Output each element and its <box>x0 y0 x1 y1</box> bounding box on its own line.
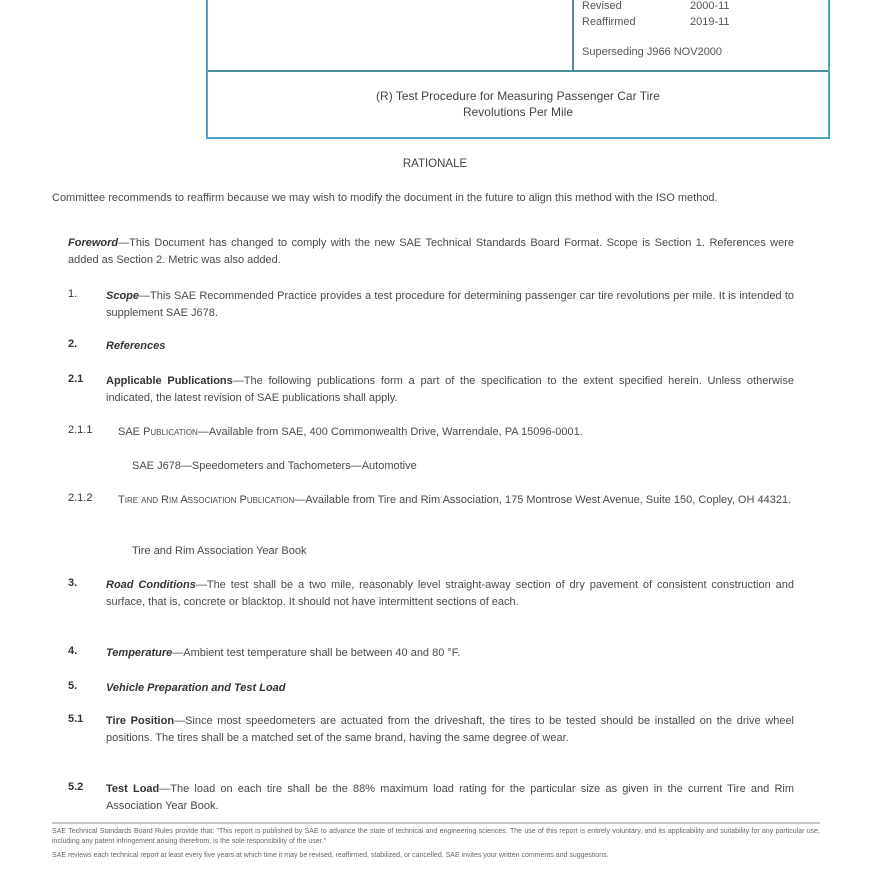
section-label: Applicable Publications <box>106 375 233 387</box>
section-number: 4. <box>68 645 77 657</box>
section-vehicle-preparation: Vehicle Preparation and Test Load <box>106 680 286 697</box>
reaffirmed-value: 2019-11 <box>690 14 730 30</box>
foreword-paragraph: Foreword—This Document has changed to co… <box>68 235 794 268</box>
section-label: SAE Publication <box>118 426 198 438</box>
section-number: 5. <box>68 680 77 692</box>
reaffirmed-row: Reaffirmed 2019-11 <box>582 14 730 30</box>
section-number: 2.1.2 <box>68 492 92 504</box>
section-label: Road Conditions <box>106 579 196 591</box>
section-label: Scope <box>106 290 139 302</box>
section-applicable-publications: Applicable Publications—The following pu… <box>106 373 794 406</box>
section-number: 2.1.1 <box>68 424 92 436</box>
section-scope: Scope—This SAE Recommended Practice prov… <box>106 288 794 321</box>
section-text: —Available from Tire and Rim Association… <box>294 494 791 506</box>
section-road-conditions: Road Conditions—The test shall be a two … <box>106 577 794 610</box>
document-title: (R) Test Procedure for Measuring Passeng… <box>208 88 828 120</box>
foreword-text: —This Document has changed to comply wit… <box>68 237 794 266</box>
revised-label: Revised <box>582 0 690 14</box>
section-text: —Available from SAE, 400 Commonwealth Dr… <box>198 426 583 438</box>
section-number: 1. <box>68 288 77 300</box>
footer-rules-note: SAE Technical Standards Board Rules prov… <box>52 827 820 847</box>
section-number: 3. <box>68 577 77 589</box>
section-number: 2.1 <box>68 373 83 385</box>
section-sae-publication: SAE Publication—Available from SAE, 400 … <box>118 424 794 441</box>
section-tire-position: Tire Position—Since most speedometers ar… <box>106 713 794 746</box>
revised-value: 2000-11 <box>690 0 730 14</box>
section-text: —This SAE Recommended Practice provides … <box>106 290 794 319</box>
superseding-note: Superseding J966 NOV2000 <box>582 44 730 60</box>
rationale-heading: RATIONALE <box>0 158 870 170</box>
section-test-load: Test Load—The load on each tire shall be… <box>106 781 794 814</box>
section-label: References <box>106 340 165 352</box>
header-top-row: Revised 2000-11 Reaffirmed 2019-11 Super… <box>208 0 828 72</box>
section-text: —Ambient test temperature shall be betwe… <box>172 647 460 659</box>
header-divider <box>572 0 574 70</box>
revision-info: Revised 2000-11 Reaffirmed 2019-11 Super… <box>582 0 730 60</box>
section-label: Vehicle Preparation and Test Load <box>106 682 286 694</box>
title-line-2: Revolutions Per Mile <box>208 104 828 120</box>
section-number: 2. <box>68 338 77 350</box>
section-text: —Since most speedometers are actuated fr… <box>106 715 794 744</box>
section-text: —The test shall be a two mile, reasonabl… <box>106 579 794 608</box>
section-number: 5.2 <box>68 781 83 793</box>
reference-item: SAE J678—Speedometers and Tachometers—Au… <box>132 458 417 475</box>
section-label: Temperature <box>106 647 172 659</box>
section-label: Test Load <box>106 783 159 795</box>
revised-row: Revised 2000-11 <box>582 0 730 14</box>
foreword-label: Foreword <box>68 237 118 249</box>
title-line-1: (R) Test Procedure for Measuring Passeng… <box>208 88 828 104</box>
section-tra-publication: Tire and Rim Association Publication—Ava… <box>118 492 794 509</box>
section-label: Tire and Rim Association Publication <box>118 494 294 506</box>
section-references: References <box>106 338 165 355</box>
reaffirmed-label: Reaffirmed <box>582 14 690 30</box>
section-text: —The load on each tire shall be the 88% … <box>106 783 794 812</box>
reference-item: Tire and Rim Association Year Book <box>132 543 306 560</box>
footer-review-note: SAE reviews each technical report at lea… <box>52 851 820 861</box>
footer-divider <box>52 822 820 824</box>
section-label: Tire Position <box>106 715 174 727</box>
document-header-box: Revised 2000-11 Reaffirmed 2019-11 Super… <box>206 0 830 139</box>
rationale-text: Committee recommends to reaffirm because… <box>52 190 820 207</box>
section-temperature: Temperature—Ambient test temperature sha… <box>106 645 794 662</box>
section-number: 5.1 <box>68 713 83 725</box>
